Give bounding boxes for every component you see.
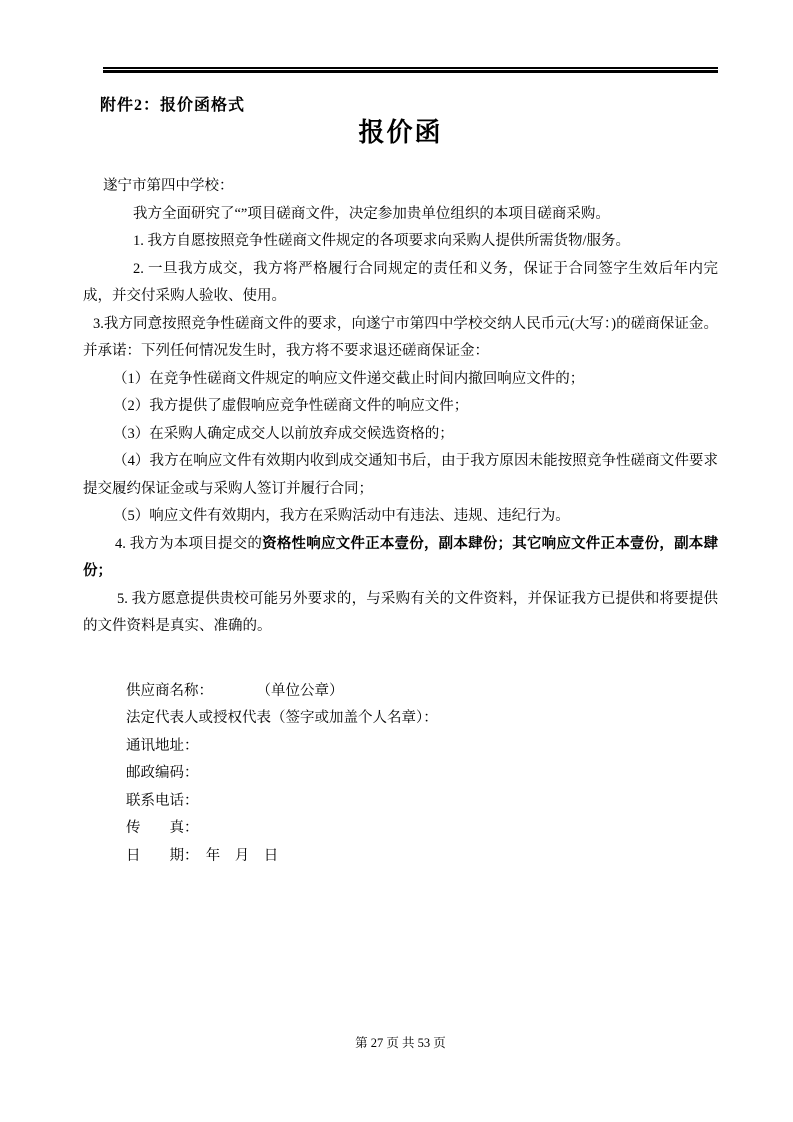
document-page: 附件2：报价函格式 报价函 遂宁市第四中学校： 我方全面研究了“”项目磋商文件，…: [0, 0, 793, 1122]
signature-supplier-name: 供应商名称： （单位公章）: [126, 678, 718, 706]
page-footer: 第 27 页 共 53 页: [83, 1033, 718, 1051]
signature-block: 供应商名称： （单位公章） 法定代表人或授权代表（签字或加盖个人名章）： 通讯地…: [126, 678, 718, 871]
signature-fax: 传 真：: [126, 815, 718, 843]
para-item-5: 5. 我方愿意提供贵校可能另外要求的，与采购有关的文件资料，并保证我方已提供和将…: [83, 586, 718, 641]
signature-legal-rep: 法定代表人或授权代表（签字或加盖个人名章）：: [126, 705, 718, 733]
para-item-3: 3.我方同意按照竞争性磋商文件的要求，向遂宁市第四中学校交纳人民币元(大写：)的…: [83, 311, 718, 366]
para-sub-3: （3）在采购人确定成交人以前放弃成交候选资格的；: [83, 421, 718, 449]
para-sub-2: （2）我方提供了虚假响应竞争性磋商文件的响应文件；: [83, 393, 718, 421]
para-item-4: 4. 我方为本项目提交的资格性响应文件正本壹份，副本肆份；其它响应文件正本壹份，…: [83, 531, 718, 586]
para-item-2: 2. 一旦我方成交，我方将严格履行合同规定的责任和义务，保证于合同签字生效后年内…: [83, 256, 718, 311]
para-intro: 我方全面研究了“”项目磋商文件，决定参加贵单位组织的本项目磋商采购。: [83, 201, 718, 229]
signature-date: 日 期： 年 月 日: [126, 843, 718, 871]
para-sub-5: （5）响应文件有效期内，我方在采购活动中有违法、违规、违纪行为。: [83, 503, 718, 531]
para-item-4-normal: 4. 我方为本项目提交的: [115, 536, 262, 552]
para-item-1: 1. 我方自愿按照竞争性磋商文件规定的各项要求向采购人提供所需货物/服务。: [83, 228, 718, 256]
salutation: 遂宁市第四中学校：: [83, 173, 718, 201]
para-sub-1: （1）在竞争性磋商文件规定的响应文件递交截止时间内撤回响应文件的；: [83, 366, 718, 394]
header-rule: [103, 67, 718, 73]
signature-address: 通讯地址：: [126, 733, 718, 761]
page-title: 报价函: [83, 112, 718, 149]
document-body: 遂宁市第四中学校： 我方全面研究了“”项目磋商文件，决定参加贵单位组织的本项目磋…: [83, 173, 718, 870]
para-sub-4: （4）我方在响应文件有效期内收到成交通知书后，由于我方原因未能按照竞争性磋商文件…: [83, 448, 718, 503]
signature-postal-code: 邮政编码：: [126, 760, 718, 788]
signature-phone: 联系电话：: [126, 788, 718, 816]
